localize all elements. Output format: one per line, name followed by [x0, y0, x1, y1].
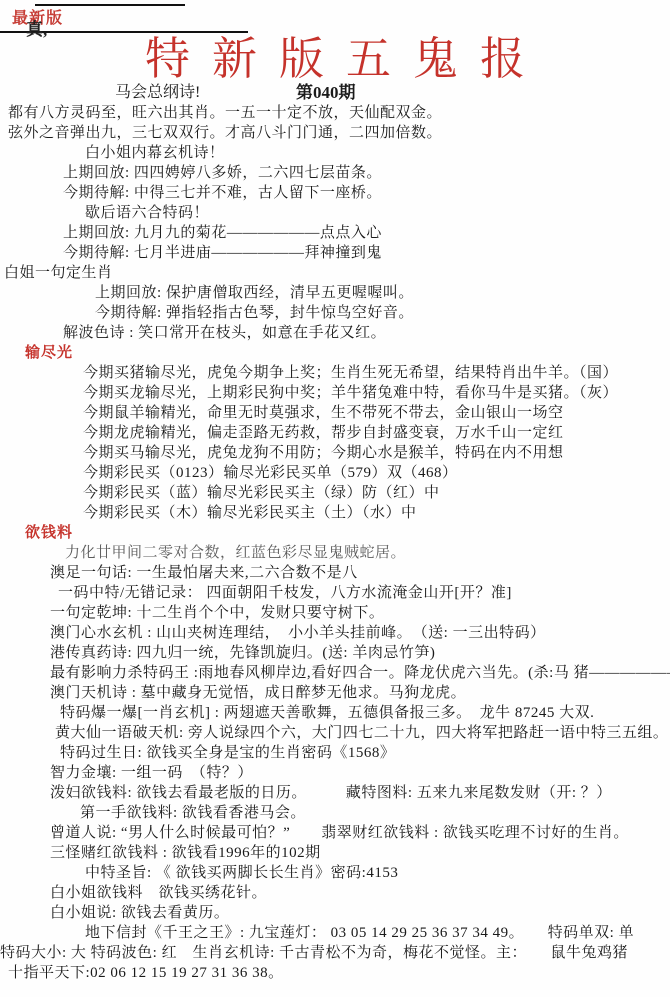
- text-line: 今期鼠羊输精光，命里无时莫强求，生不带死不带去，金山银山一场空: [0, 403, 670, 423]
- text-line: 弦外之音弹出九，三七双双行。才高八斗门门通，二四加倍数。: [0, 123, 670, 143]
- text-line: 歇后语六合特码！: [0, 203, 670, 223]
- text-line: 一码中特/无错记录： 四面朝阳千枝发，八方水流淹金山开[开？准]: [0, 583, 670, 603]
- section-heading: 欲钱料: [0, 523, 670, 543]
- text-line: 地下信封《千王之王》: 九宝莲灯： 03 05 14 29 25 36 37 3…: [0, 923, 670, 943]
- text-line: 上期回放: 九月九的菊花——————点点入心: [0, 223, 670, 243]
- text-line: 今期买猪输尽光，虎兔今期争上奖；生肖生死无希望，结果特肖出牛羊。（国）: [0, 363, 670, 383]
- text-line: 特码过生日: 欲钱买全身是宝的生肖密码《1568》: [0, 743, 670, 763]
- text-line: 港传真药诗: 四九归一统，先锋凯旋归。(送: 羊肉忌竹笋): [0, 643, 670, 663]
- text-line: 第一手欲钱料: 欲钱看香港马会。: [0, 803, 670, 823]
- text-line: 白小姐欲钱料 欲钱买绣花针。: [0, 883, 670, 903]
- text-line: 澳足一句话: 一生最怕屠夫来,二六合数不是八: [0, 563, 670, 583]
- text-line: 特码大小: 大 特码波色: 红 生肖玄机诗: 千古青松不为奇，梅花不觉怪。主： …: [0, 943, 670, 963]
- text-line: 今期龙虎输精光，偏走歪路无药救，帮步自封盛变衰，万水千山一定红: [0, 423, 670, 443]
- text-line: 白小姐内幕玄机诗！: [0, 143, 670, 163]
- text-line: 今期待解: 七月半进庙——————拜神撞到鬼: [0, 243, 670, 263]
- body-text: 都有八方灵码至，旺六出其肖。一五一十定不放，天仙配双金。弦外之音弹出九，三七双双…: [0, 103, 670, 983]
- text-line: 特码爆一爆[一肖玄机] : 两翅遮天善歌舞，五德俱备报三多。 龙牛 87245 …: [0, 703, 670, 723]
- text-line: 三怪赌红欲钱料 : 欲钱看1996年的102期: [0, 843, 670, 863]
- text-line: 黄大仙一语破天机: 旁人说绿四个六，大门四七二十九，四大将军把路赶一语中特三五组…: [0, 723, 670, 743]
- text-line: 今期买马输尽光，虎兔龙狗不用防；今期心水是猴羊，特码在内不用想: [0, 443, 670, 463]
- text-line: 上期回放: 四四娉婷八多娇，二六四七层苗条。: [0, 163, 670, 183]
- masthead-caption: 马会总纲诗!: [115, 79, 200, 102]
- text-line: 澳门心水玄机 : 山山夹树连理结， 小小羊头挂前峰。 （送: 一三出特码）: [0, 623, 670, 643]
- text-line: 今期待解: 弹指轻指古色琴，封牛惊鸟空好音。: [0, 303, 670, 323]
- page: 最新版 真, 特新版五鬼报 马会总纲诗! 第040期 都有八方灵码至，旺六出其肖…: [0, 0, 670, 997]
- text-line: 十指平天下:02 06 12 15 19 27 31 36 38。: [0, 963, 670, 983]
- text-line: 上期回放: 保护唐僧取西经，清早五更喔喔叫。: [0, 283, 670, 303]
- text-line: 力化廿甲间二零对合数，红蓝色彩尽显鬼贼蛇居。: [0, 543, 670, 563]
- text-line: 今期彩民买（0123）输尽光彩民买单（579）双（468）: [0, 463, 670, 483]
- text-line: 澳门天机诗 : 墓中藏身无觉悟，成日醉梦无他求。马狗龙虎。: [0, 683, 670, 703]
- text-line: 最有影响力杀特码王 :雨地春风柳岸边,看好四合一。降龙伏虎六当先。(杀:马 猪—…: [0, 663, 670, 683]
- text-line: 泼妇欲钱料: 欲钱去看最老版的日历。 藏特图料: 五来九来尾数发财（开: ？）: [0, 783, 670, 803]
- text-line: 解波色诗 : 笑口常开在枝头，如意在手花又红。: [0, 323, 670, 343]
- text-line: 都有八方灵码至，旺六出其肖。一五一十定不放，天仙配双金。: [0, 103, 670, 123]
- text-line: 白姐一句定生肖: [0, 263, 670, 283]
- text-line: 今期买龙输尽光，上期彩民狗中奖；羊牛猪兔难中特，看你马牛是买猪。（灰）: [0, 383, 670, 403]
- text-line: 白小姐说: 欲钱去看黄历。: [0, 903, 670, 923]
- text-line: 今期彩民买（蓝）输尽光彩民买主（绿）防（红）中: [0, 483, 670, 503]
- text-line: 今期彩民买（木）输尽光彩民买主（土）（水）中: [0, 503, 670, 523]
- masthead-row: 马会总纲诗! 第040期: [0, 79, 670, 101]
- text-line: 今期待解: 中得三七并不难，古人留下一座桥。: [0, 183, 670, 203]
- section-heading: 输尽光: [0, 343, 670, 363]
- text-line: 智力金壤: 一组一码 （特？）: [0, 763, 670, 783]
- text-line: 一句定乾坤: 十二生肖个个中，发财只要守树下。: [0, 603, 670, 623]
- issue-number: 第040期: [296, 78, 356, 103]
- text-line: 曾道人说: “男人什么时候最可怕？” 翡翠财红欲钱料 : 欲钱买吃理不讨好的生肖…: [0, 823, 670, 843]
- text-line: 中特圣旨: 《 欲钱买两脚长长生肖》密码:4153: [0, 863, 670, 883]
